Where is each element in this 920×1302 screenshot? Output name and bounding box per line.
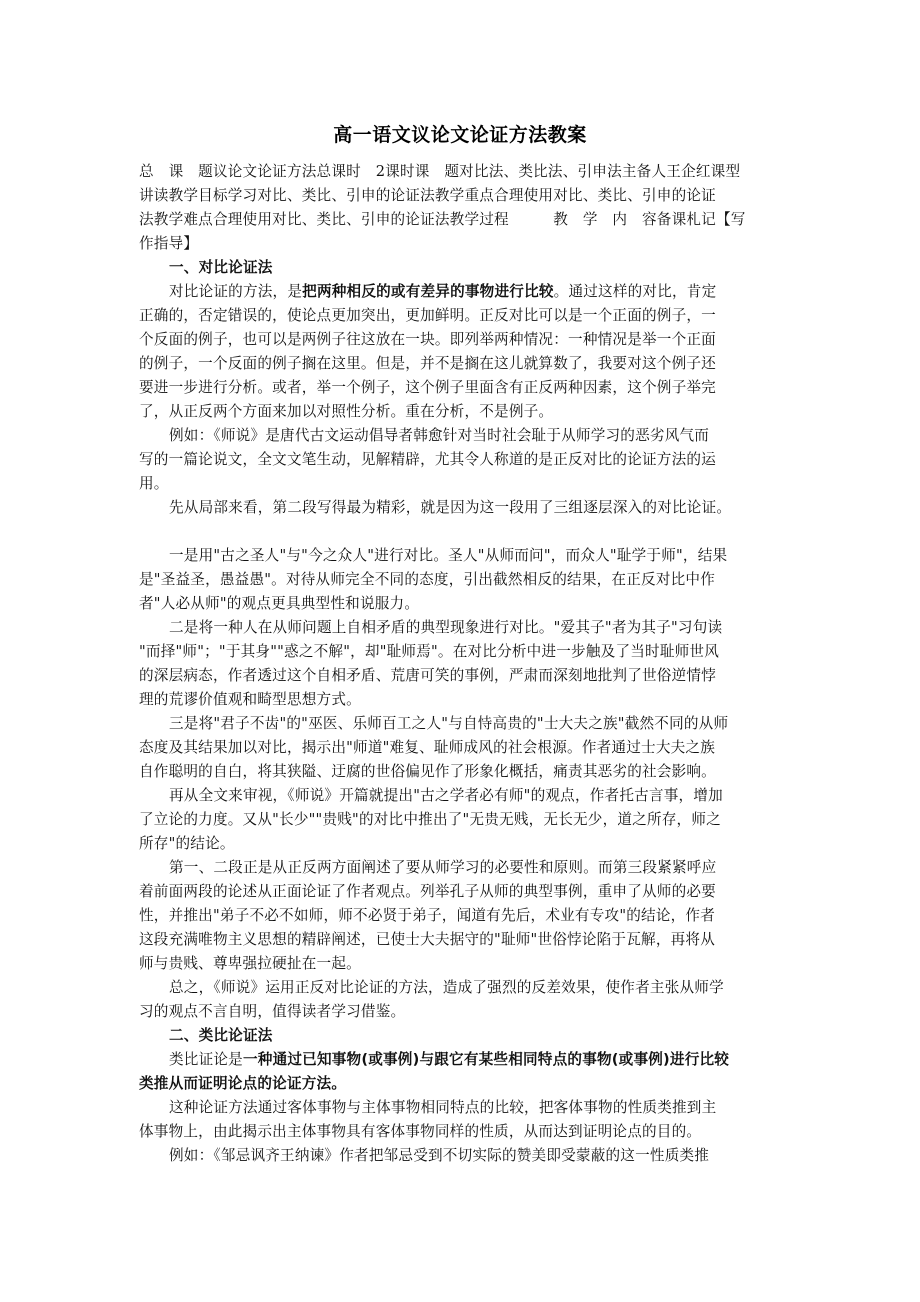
paragraph-analysis: 第一、二段正是从正反两方面阐述了要从师学习的必要性和原则。而第三段紧紧呼应 着前… <box>139 856 784 976</box>
paragraph-line: 这段充满唯物主义思想的精辟阐述，已使士大夫据守的"耻师"世俗悖论陷于瓦解，再将从 <box>139 928 784 952</box>
text-run: 对比论证的方法，是 <box>169 283 302 300</box>
paragraph-line: 三是将"君子不齿"的"巫医、乐师百工之人"与自恃高贵的"士大夫之族"截然不同的从… <box>139 712 784 736</box>
paragraph-line: 先从局部来看，第二段写得最为精彩，就是因为这一段用了三组逐层深入的对比论证。 <box>139 496 784 520</box>
paragraph-line: 写的一篇论说文，全文文笔生动，见解精辟，尤其令人称道的是正反对比的论证方法的运 <box>139 448 784 472</box>
paragraph-line: 这种论证方法通过客体事物与主体事物相同特点的比较，把客体事物的性质类推到主 <box>139 1096 784 1120</box>
paragraph-line: 习的观点不言自明，值得读者学习借鉴。 <box>139 1000 784 1024</box>
paragraph-line: "而择"师"；"于其身""惑之不解"，却"耻师焉"。在对比分析中进一步触及了当时… <box>139 640 784 664</box>
section-analogy-argument: 二、类比论证法 类比证论是一种通过已知事物(或事例)与跟它有某些相同特点的事物(… <box>139 1024 784 1168</box>
paragraph-example: 例如：《师说》是唐代古文运动倡导者韩愈针对当时社会耻于从师学习的恶劣风气而 写的… <box>139 424 784 496</box>
bold-definition: 类推从而证明论点的论证方法。 <box>139 1072 784 1096</box>
paragraph-line: 体事物上，由此揭示出主体事物具有客体事物同样的性质，从而达到证明论点的目的。 <box>139 1120 784 1144</box>
paragraph-point-three: 三是将"君子不齿"的"巫医、乐师百工之人"与自恃高贵的"士大夫之族"截然不同的从… <box>139 712 784 784</box>
paragraph-line: 了立论的力度。又从"长少""贵贱"的对比中推出了"无贵无贱，无长无少，道之所存，… <box>139 808 784 832</box>
paragraph-line: 对比论证的方法，是把两种相反的或有差异的事物进行比较。通过这样的对比，肯定 <box>139 280 784 304</box>
paragraph-point-two: 二是将一种人在从师问题上自相矛盾的典型现象进行对比。"爱其子"者为其子"习句读 … <box>139 616 784 712</box>
paragraph-line: 着前面两段的论述从正面论证了作者观点。列举孔子从师的典型事例，重申了从师的必要 <box>139 880 784 904</box>
paragraph-whole-view: 再从全文来审视，《师说》开篇就提出"古之学者必有师"的观点，作者托古言事，增加 … <box>139 784 784 856</box>
text-run: 。通过这样的对比，肯定 <box>554 283 717 300</box>
paragraph-line: 性，并推出"弟子不必不如师，师不必贤于弟子，闻道有先后，术业有专攻"的结论，作者 <box>139 904 784 928</box>
paragraph-line: 理的荒谬价值观和畸型思想方式。 <box>139 688 784 712</box>
paragraph-line: 要进一步进行分析。或者，举一个例子，这个例子里面含有正反两种因素，这个例子举完 <box>139 376 784 400</box>
paragraph-line: 正确的，否定错误的，使论点更加突出，更加鲜明。正反对比可以是一个正面的例子，一 <box>139 304 784 328</box>
document-title: 高一语文议论文论证方法教案 <box>0 121 920 149</box>
paragraph-line: 类比证论是一种通过已知事物(或事例)与跟它有某些相同特点的事物(或事例)进行比较 <box>139 1048 784 1072</box>
paragraph-line: 第一、二段正是从正反两方面阐述了要从师学习的必要性和原则。而第三段紧紧呼应 <box>139 856 784 880</box>
section-heading: 二、类比论证法 <box>139 1024 784 1048</box>
text-run: 类比证论是 <box>169 1051 243 1068</box>
paragraph-summary: 总之，《师说》运用正反对比论证的方法，造成了强烈的反差效果，使作者主张从师学 习… <box>139 976 784 1024</box>
paragraph-line: 例如：《师说》是唐代古文运动倡导者韩愈针对当时社会耻于从师学习的恶劣风气而 <box>139 424 784 448</box>
paragraph-line: 的深层病态，作者透过这个自相矛盾、荒唐可笑的事例，严肃而深刻地批判了世俗逆情悖 <box>139 664 784 688</box>
bold-definition: 把两种相反的或有差异的事物进行比较 <box>302 283 554 300</box>
meta-line: 总 课 题议论文论证方法总课时 2课时课 题对比法、类比法、引申法主备人王企红课… <box>139 160 784 184</box>
paragraph-line: 例如：《邹忌讽齐王纳谏》作者把邹忌受到不切实际的赞美即受蒙蔽的这一性质类推 <box>139 1144 784 1168</box>
paragraph-line: 的例子，一个反面的例子搁在这里。但是，并不是搁在这儿就算数了，我要对这个例子还 <box>139 352 784 376</box>
blank-line <box>139 520 784 544</box>
paragraph-line: 者"人必从师"的观点更具典型性和说服力。 <box>139 592 784 616</box>
meta-line: 讲读教学目标学习对比、类比、引申的论证法教学重点合理使用对比、类比、引申的论证 <box>139 184 784 208</box>
document-body: 总 课 题议论文论证方法总课时 2课时课 题对比法、类比法、引申法主备人王企红课… <box>139 160 784 1168</box>
meta-line: 作指导】 <box>139 232 784 256</box>
paragraph-line: 再从全文来审视，《师说》开篇就提出"古之学者必有师"的观点，作者托古言事，增加 <box>139 784 784 808</box>
paragraph-example: 例如：《邹忌讽齐王纳谏》作者把邹忌受到不切实际的赞美即受蒙蔽的这一性质类推 <box>139 1144 784 1168</box>
paragraph-line: 态度及其结果加以对比，揭示出"师道"难复、耻师成风的社会根源。作者通过士大夫之族 <box>139 736 784 760</box>
paragraph-line: 自作聪明的自白，将其狭隘、迂腐的世俗偏见作了形象化概括，痛责其恶劣的社会影响。 <box>139 760 784 784</box>
paragraph-line: 所存"的结论。 <box>139 832 784 856</box>
lesson-meta: 总 课 题议论文论证方法总课时 2课时课 题对比法、类比法、引申法主备人王企红课… <box>139 160 784 256</box>
meta-line: 法教学难点合理使用对比、类比、引申的论证法教学过程 教 学 内 容备课札记【写 <box>139 208 784 232</box>
paragraph-line: 总之，《师说》运用正反对比论证的方法，造成了强烈的反差效果，使作者主张从师学 <box>139 976 784 1000</box>
paragraph-line: 是"圣益圣，愚益愚"。对待从师完全不同的态度，引出截然相反的结果，在正反对比中作 <box>139 568 784 592</box>
paragraph-point-one: 一是用"古之圣人"与"今之众人"进行对比。圣人"从师而问"，而众人"耻学于师"，… <box>139 544 784 616</box>
section-contrast-argument: 一、对比论证法 对比论证的方法，是把两种相反的或有差异的事物进行比较。通过这样的… <box>139 256 784 1024</box>
paragraph-line: 一是用"古之圣人"与"今之众人"进行对比。圣人"从师而问"，而众人"耻学于师"，… <box>139 544 784 568</box>
bold-definition: 一种通过已知事物(或事例)与跟它有某些相同特点的事物(或事例)进行比较 <box>243 1051 729 1068</box>
paragraph-line: 个反面的例子，也可以是两例子往这放在一块。即列举两种情况：一种情况是举一个正面 <box>139 328 784 352</box>
document-page: 高一语文议论文论证方法教案 总 课 题议论文论证方法总课时 2课时课 题对比法、… <box>0 0 920 1302</box>
section-heading: 一、对比论证法 <box>139 256 784 280</box>
paragraph-line: 二是将一种人在从师问题上自相矛盾的典型现象进行对比。"爱其子"者为其子"习句读 <box>139 616 784 640</box>
paragraph-definition: 类比证论是一种通过已知事物(或事例)与跟它有某些相同特点的事物(或事例)进行比较… <box>139 1048 784 1096</box>
paragraph-line: 用。 <box>139 472 784 496</box>
paragraph-explanation: 这种论证方法通过客体事物与主体事物相同特点的比较，把客体事物的性质类推到主 体事… <box>139 1096 784 1144</box>
paragraph-local-view: 先从局部来看，第二段写得最为精彩，就是因为这一段用了三组逐层深入的对比论证。 <box>139 496 784 520</box>
paragraph-definition: 对比论证的方法，是把两种相反的或有差异的事物进行比较。通过这样的对比，肯定 正确… <box>139 280 784 424</box>
paragraph-line: 师与贵贱、尊卑强拉硬扯在一起。 <box>139 952 784 976</box>
paragraph-line: 了，从正反两个方面来加以对照性分析。重在分析，不是例子。 <box>139 400 784 424</box>
